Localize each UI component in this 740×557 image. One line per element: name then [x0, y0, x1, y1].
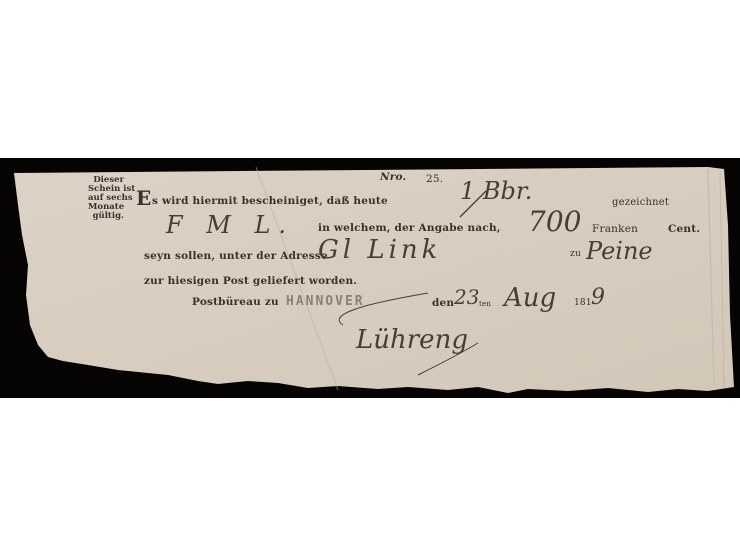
- pen-flourishes: [8, 165, 736, 393]
- postal-receipt-document: Dieser Schein ist auf sechs Monate gülti…: [8, 165, 736, 393]
